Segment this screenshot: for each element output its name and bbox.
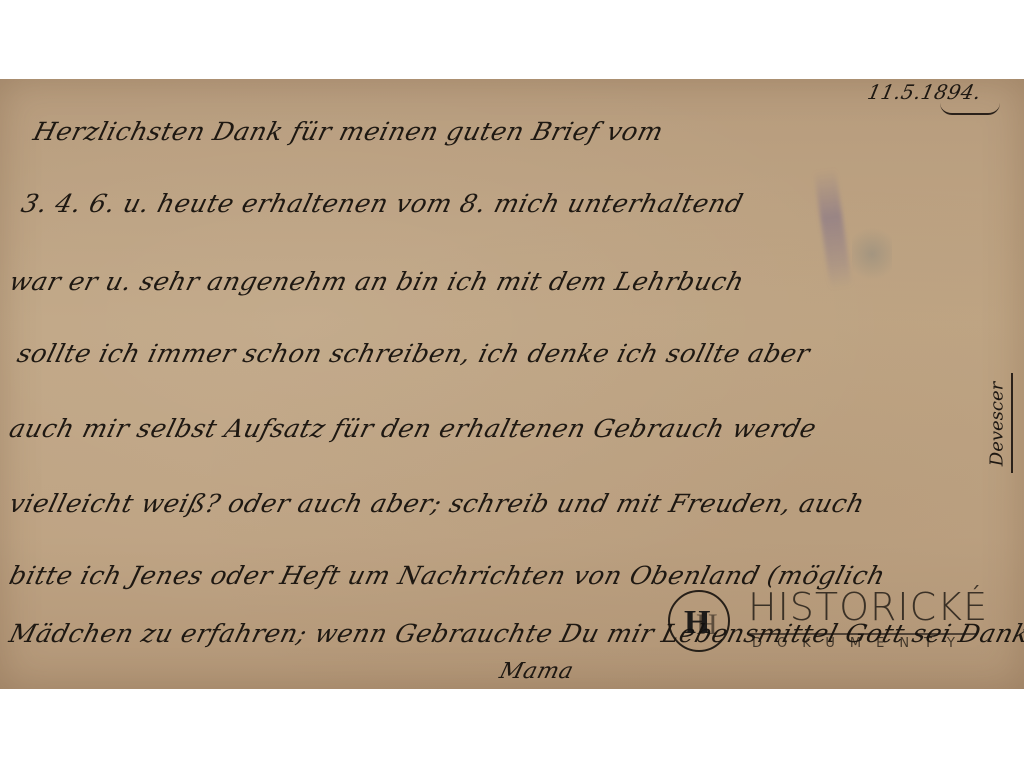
handwriting-line-5: auch mir selbst Aufsatz für den erhalten… [6,414,819,443]
letter-date: 11.5.1894. [865,80,983,104]
handwriting-line-3: war er u. sehr angenehm an bin ich mit d… [6,267,747,296]
handwriting-line-2: 3. 4. 6. u. heute erhaltenen vom 8. mich… [18,189,746,218]
stamp-trace [852,219,892,289]
side-annotation: Devescer [977,369,1017,479]
handwriting-line-4: sollte ich immer schon schreiben, ich de… [14,339,813,368]
watermark-subtitle: DOKUMENTY [752,637,970,650]
watermark: H H HISTORICKÉ DOKUMENTY [668,582,978,662]
handwriting-line-1: Herzlichsten Dank für meinen guten Brief… [30,117,666,146]
watermark-title: HISTORICKÉ [748,588,988,626]
signature: Mama [497,659,576,684]
postcard: 11.5.1894. Herzlichsten Dank für meinen … [0,79,1024,689]
side-annotation-text: Devescer [987,382,1008,466]
ink-smudge [814,168,852,290]
watermark-logo-letter-shadow: H [696,610,718,640]
date-underline [940,103,1000,115]
handwriting-line-6: vielleicht weiß? oder auch aber; schreib… [6,489,868,518]
watermark-logo-icon: H H [668,590,730,652]
watermark-rule [750,633,976,635]
